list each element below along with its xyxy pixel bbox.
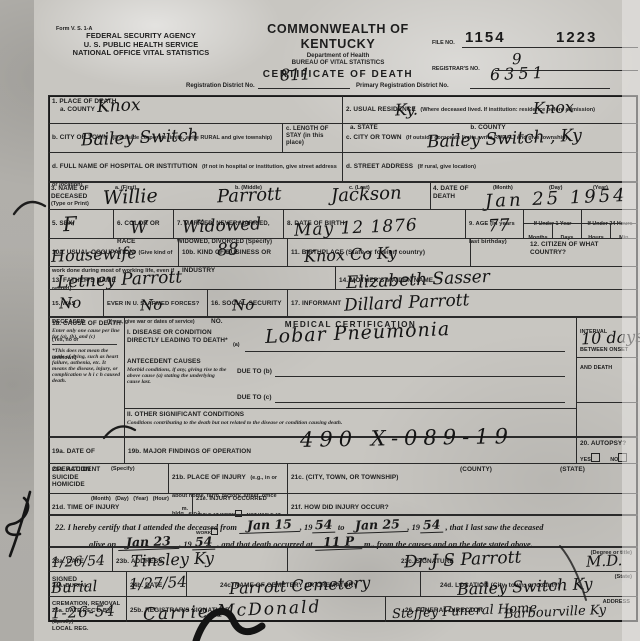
physician-signature-value: Dr J S Parrott — [404, 549, 522, 571]
sex-value: F — [63, 214, 78, 235]
field-time-of-injury: 21d. TIME OF INJURY (Month) (Day) (Year)… — [48, 493, 192, 514]
primary-district-label: Primary Registration District No. — [356, 83, 449, 89]
registrar-signature-value: Carrie McDonald — [143, 599, 322, 624]
field-medical-certification: MEDICAL CERTIFICATION I. DISEASE OR COND… — [124, 316, 576, 436]
scanned-death-certificate: Form V. S. 1-A FEDERAL SECURITY AGENCY U… — [0, 0, 640, 641]
date-received-value: 1-26-54 — [51, 604, 116, 622]
field-physician-signature: 23c. SIGNATURE Dr J S Parrott (Degree or… — [287, 546, 638, 571]
major-findings-value: 490 X-089-19 — [300, 426, 514, 451]
file-no-stamp-2: 1223 — [556, 29, 597, 46]
field-accident-suicide-homicide: 21a. ACCIDENT SUICIDE HOMICIDE (Specify) — [48, 463, 168, 493]
field-funeral-director: 26. FUNERAL DIRECTOR ADDRESS Steffey Fun… — [385, 596, 638, 622]
marital-value: Widowed — [182, 216, 262, 236]
field-injury-occurred: 21e. INJURY OCCURRED WHILE AT WORK NOT W… — [192, 493, 287, 514]
place-county-value: Knox — [97, 97, 141, 116]
cemetery-name-value: Parrott Cemetery — [229, 575, 371, 597]
field-street-address: d. STREET ADDRESS (If rural, give locati… — [342, 152, 638, 181]
field-marital-status: 7. MARRIED, NEVER MARRIED, WIDOWED, DIVO… — [173, 209, 283, 238]
field-injury-location: 21c. (CITY, TOWN, OR TOWNSHIP) (COUNTY) … — [287, 463, 638, 493]
field-color-or-race: 6. COLOR OR RACE W — [113, 209, 173, 238]
file-no-stamp: 1154 — [465, 29, 506, 46]
field-kind-of-business: 10b. KIND OF BUSINESS OR INDUSTRY 88 — [178, 238, 287, 266]
file-no-label: FILE NO. — [432, 40, 455, 46]
primary-district-value: 6351 — [490, 65, 547, 83]
header-agency-block: Form V. S. 1-A FEDERAL SECURITY AGENCY U… — [56, 26, 226, 58]
field-cemetery-name: 24c. NAME OF CEMETERY OR CREMATORY Parro… — [186, 571, 420, 596]
field-place-of-injury: 21b. PLACE OF INJURY (e.g., in or about … — [168, 463, 287, 493]
field-length-of-stay: c. LENGTH OF STAY (in this place) — [282, 123, 342, 152]
race-value: W — [130, 220, 148, 238]
bureau-vital-statistics: BUREAU OF VITAL STATISTICS — [232, 59, 444, 66]
field-residence-city: c. CITY OR TOWN (If outside corporate li… — [342, 123, 638, 152]
field-place-of-death: 1. PLACE OF DEATH a. COUNTY Knox — [48, 95, 342, 123]
field-city-or-town: b. CITY OR TOWN (If outside corporate li… — [48, 123, 282, 152]
field-social-security: 16. SOCIAL SECURITY NO. No — [207, 289, 287, 316]
birthplace-value: Knox Co Ky — [304, 245, 398, 265]
field-date-signed: 23a. DATE SIGNED 1/26/54 — [48, 546, 112, 571]
field-date-of-birth: 8. DATE OF BIRTH May 12 1876 — [283, 209, 465, 238]
registrars-no-label: REGISTRAR'S NO. — [432, 66, 480, 72]
field-registrar-signature: 25b. REGISTRAR'S SIGNATURE Carrie McDona… — [126, 596, 385, 622]
name-last-value: Jackson — [331, 184, 402, 205]
field-informant: 17. INFORMANT Dillard Parrott — [287, 289, 638, 316]
city-value: Bailey Switch — [81, 127, 199, 149]
reg-district-value: 811 — [280, 66, 311, 83]
header-title-block: COMMONWEALTH OF KENTUCKY Department of H… — [232, 22, 444, 81]
field-hospital: d. FULL NAME OF HOSPITAL OR INSTITUTION … — [48, 152, 342, 181]
field-how-did-injury-occur: 21f. HOW DID INJURY OCCUR? — [287, 493, 638, 514]
cemetery-location-value: Bailey Switch Ky — [457, 576, 593, 598]
certificate-title: CERTIFICATE OF DEATH — [232, 69, 444, 81]
cause-a-value: Lobar Pneumonia — [265, 320, 451, 347]
burial-value: Burial — [51, 579, 98, 596]
field-cemetery-location: 24d. LOCATION (City, town, or county) (S… — [420, 571, 638, 596]
pen-scribble — [6, 492, 30, 556]
date-signed-value: 1/26/54 — [51, 554, 106, 570]
ssn-value: No — [232, 298, 255, 314]
scan-edge — [622, 0, 640, 641]
name-first-value: Willie — [103, 187, 159, 208]
armed-forces-value-1: No — [59, 296, 82, 312]
field-under-1-year: If Under 1 Year — [523, 209, 581, 223]
field-usual-residence: 2. USUAL RESIDENCE (Where deceased lived… — [342, 95, 638, 123]
field-physician-address: 23b. ADDRESS Tinsley Ky — [112, 546, 287, 571]
residence-county-value: Knox — [533, 99, 575, 117]
field-cause-of-death-sidebar: 18. CAUSE OF DEATH Enter only one cause … — [48, 316, 124, 436]
field-age: 9. AGE (In years last birthday) 77 — [465, 209, 523, 238]
field-date-of-death: 4. DATE OF DEATH (Month) (Day) (Year) Ja… — [430, 181, 638, 209]
field-date-received: 25a. DATE REC'D BY LOCAL REG. 1-26-54 — [48, 596, 126, 622]
field-months: Months — [523, 223, 552, 238]
reg-district-label: Registration District No. — [186, 83, 255, 89]
armed-forces-value-2: No — [140, 298, 163, 314]
field-fathers-name: 13. FATHER'S NAME Letney Parrott — [48, 266, 335, 289]
funeral-address-value: Barbourville Ky — [504, 604, 607, 621]
attended-to-value: Jan 25 — [346, 516, 407, 534]
field-burial-date: 24b. DATE 1/27/54 — [126, 571, 186, 596]
commonwealth-title: COMMONWEALTH OF KENTUCKY — [232, 22, 444, 52]
field-birthplace: 11. BIRTHPLACE (State or foreign country… — [287, 238, 470, 266]
field-was-deceased: 15. WAS DECEASED (Yes, no or unknown) No — [48, 289, 103, 316]
residence-state-value: Ky. — [395, 102, 419, 119]
residence-city-value: Bailey Switch , Ky — [427, 128, 583, 152]
field-usual-occupation: 10a. USUAL OCCUPATION (Give kind of work… — [48, 238, 178, 266]
business-value: 88 — [217, 242, 239, 260]
field-date-of-operation: 19a. DATE OF OPERATION — [48, 436, 124, 463]
autopsy-yes-checkbox — [591, 453, 600, 462]
burial-date-value: 1/27/54 — [129, 575, 187, 593]
informant-value: Dillard Parrott — [344, 292, 470, 314]
field-hours: Hours — [581, 223, 610, 238]
dept-of-health: Department of Health — [232, 52, 444, 59]
field-burial-cremation: 24a. BURIAL, CREMATION, REMOVAL (Specify… — [48, 571, 126, 596]
physician-address-value: Tinsley Ky — [131, 550, 215, 570]
date-of-death-value: Jan 25 1954 — [485, 187, 628, 211]
field-days: Days — [552, 223, 581, 238]
field-certification-statement: 22. I hereby certify that I attended the… — [48, 514, 638, 546]
field-sex: 5. SEX F — [48, 209, 113, 238]
age-value: 77 — [488, 218, 510, 236]
field-citizen-of: 12. CITIZEN OF WHAT COUNTRY? — [470, 238, 638, 266]
date-of-birth-value: May 12 1876 — [294, 217, 418, 239]
occupation-value: Housewife — [51, 245, 137, 265]
field-armed-forces: EVER IN U. S. ARMED FORCES? (If yes, giv… — [103, 289, 207, 316]
agency-line: NATIONAL OFFICE VITAL STATISTICS — [56, 49, 226, 58]
field-name-of-deceased: 3. NAME OF DECEASED (Type or Print) a. (… — [48, 181, 430, 209]
degree-value: M.D. — [585, 553, 622, 570]
field-mothers-maiden-name: 14. MOTHER'S MAIDEN NAME Elizabeth Sasse… — [335, 266, 638, 289]
name-middle-value: Parrott — [217, 186, 282, 207]
attended-from-value: Jan 15 — [239, 516, 300, 534]
